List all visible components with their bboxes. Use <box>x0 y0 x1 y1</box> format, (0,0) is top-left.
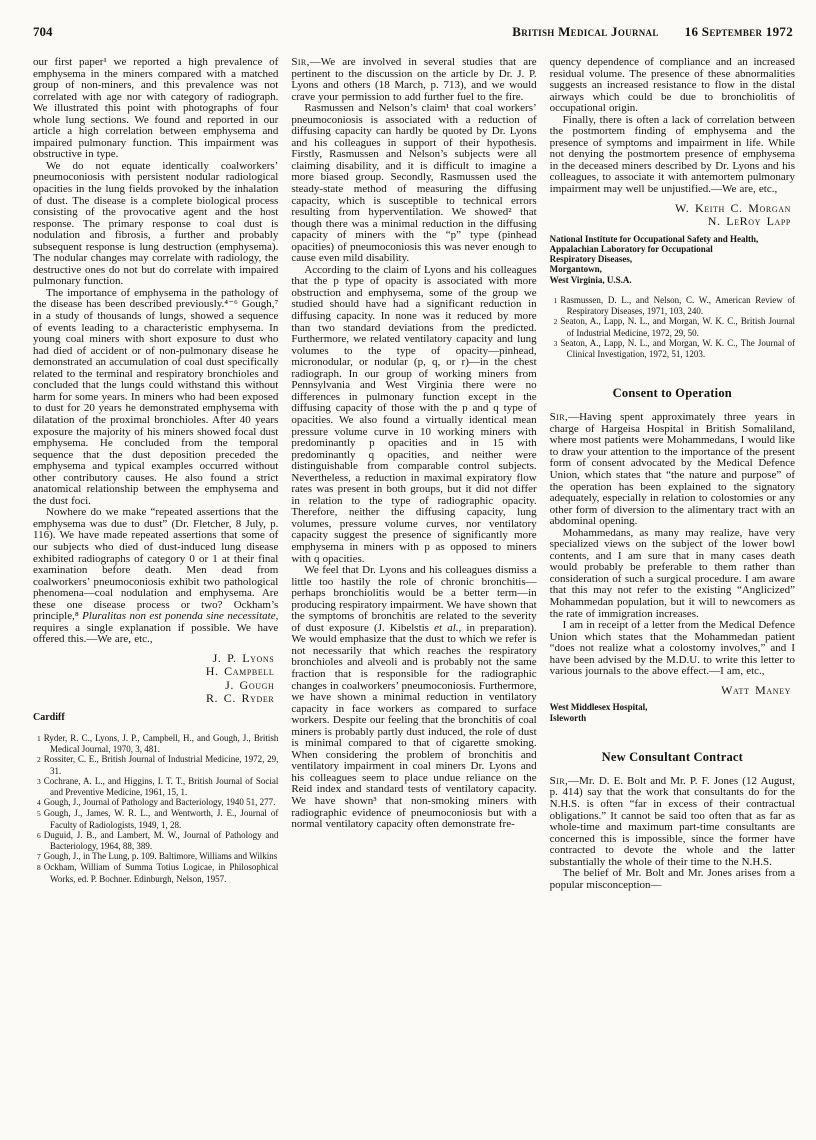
author-address: West Middlesex Hospital, Isleworth <box>550 702 795 723</box>
reference-number: 2 <box>554 317 558 326</box>
page-header: 704 British Medical Journal 16 September… <box>0 0 816 40</box>
salutation: Sir, <box>291 56 309 68</box>
column-2: Sir,—We are involved in several studies … <box>291 57 536 891</box>
reference-item: 5Gough, J., James, W. R. L., and Wentwor… <box>37 808 278 829</box>
author-address: National Institute for Occupational Safe… <box>550 234 795 285</box>
reference-text: Gough, J., Journal of Pathology and Bact… <box>44 797 276 807</box>
reference-text: Rasmussen, D. L., and Nelson, C. W., Ame… <box>560 295 795 316</box>
column-1: our first paper¹ we reported a high prev… <box>33 57 278 891</box>
reference-text: Seaton, A., Lapp, N. L., and Morgan, W. … <box>560 338 795 359</box>
address-line: Morgantown, <box>550 264 795 274</box>
reference-item: 4Gough, J., Journal of Pathology and Bac… <box>37 797 278 808</box>
reference-number: 8 <box>37 863 41 872</box>
reference-list: 1Ryder, R. C., Lyons, J. P., Campbell, H… <box>33 733 278 884</box>
latin-phrase: Pluralitas non est ponenda sine necessit… <box>82 610 278 622</box>
paragraph: Mohammedans, as many may realize, have v… <box>550 528 795 620</box>
reference-number: 6 <box>37 831 41 840</box>
issue-date: 16 September 1972 <box>685 24 793 40</box>
paragraph: I am in receipt of a letter from the Med… <box>550 620 795 678</box>
paragraph: Finally, there is often a lack of correl… <box>550 115 795 196</box>
paragraph: our first paper¹ we reported a high prev… <box>33 57 278 161</box>
reference-item: 7Gough, J., in The Lung, p. 109. Baltimo… <box>37 851 278 862</box>
reference-item: 6Duguid, J. B., and Lambert, M. W., Jour… <box>37 830 278 851</box>
journal-page: 704 British Medical Journal 16 September… <box>0 0 816 1140</box>
letter-heading-consent-to-operation: Consent to Operation <box>550 386 795 401</box>
signature: Watt Maney <box>550 684 791 698</box>
signature-block: J. P. Lyons H. Campbell J. Gough R. C. R… <box>33 652 274 706</box>
address-line: Respiratory Diseases, <box>550 254 795 264</box>
paragraph: Sir,—We are involved in several studies … <box>291 57 536 103</box>
journal-title: British Medical Journal <box>512 24 658 40</box>
address-line: National Institute for Occupational Safe… <box>550 234 795 244</box>
signature: J. Gough <box>33 679 274 693</box>
reference-item: 3Seaton, A., Lapp, N. L., and Morgan, W.… <box>554 338 795 359</box>
address-line: West Virginia, U.S.A. <box>550 275 795 285</box>
paragraph-text: Nowhere do we make “repeated assertions … <box>33 506 278 622</box>
signature: N. LeRoy Lapp <box>550 215 791 229</box>
reference-text: Seaton, A., Lapp, N. L., and Morgan, W. … <box>560 316 795 337</box>
paragraph: Nowhere do we make “repeated assertions … <box>33 507 278 646</box>
reference-item: 3Cochrane, A. L., and Higgins, I. T. T.,… <box>37 776 278 797</box>
letters-columns: our first paper¹ we reported a high prev… <box>0 40 816 891</box>
reference-number: 3 <box>554 339 558 348</box>
signature: R. C. Ryder <box>33 692 274 706</box>
reference-list: 1Rasmussen, D. L., and Nelson, C. W., Am… <box>550 295 795 359</box>
reference-number: 7 <box>37 852 41 861</box>
paragraph: quency dependence of compliance and an i… <box>550 57 795 115</box>
paragraph: According to the claim of Lyons and his … <box>291 265 536 565</box>
reference-number: 3 <box>37 777 41 786</box>
paragraph-text: —Having spent approximately three years … <box>550 411 795 527</box>
page-number: 704 <box>33 24 53 40</box>
letter-heading-new-consultant-contract: New Consultant Contract <box>550 750 795 765</box>
signature-block: Watt Maney <box>550 684 791 698</box>
address-line: Isleworth <box>550 713 795 723</box>
reference-text: Duguid, J. B., and Lambert, M. W., Journ… <box>44 830 279 851</box>
reference-item: 1Ryder, R. C., Lyons, J. P., Campbell, H… <box>37 733 278 754</box>
paragraph-text: —We are involved in several studies that… <box>291 56 536 103</box>
paragraph-text: —Mr. D. E. Bolt and Mr. P. F. Jones (12 … <box>550 775 795 868</box>
signature: W. Keith C. Morgan <box>550 202 791 216</box>
column-3: quency dependence of compliance and an i… <box>550 57 795 891</box>
reference-text: Rossiter, C. E., British Journal of Indu… <box>44 754 279 775</box>
reference-item: 8Ockham, William of Summa Totius Logicae… <box>37 862 278 883</box>
paragraph-text: requires a single explanation if possibl… <box>33 622 278 646</box>
reference-number: 5 <box>37 809 41 818</box>
paragraph: Rasmussen and Nelson’s claim¹ that coal … <box>291 103 536 265</box>
signature-block: W. Keith C. Morgan N. LeRoy Lapp <box>550 202 791 229</box>
reference-item: 2Seaton, A., Lapp, N. L., and Morgan, W.… <box>554 316 795 337</box>
reference-number: 4 <box>37 798 41 807</box>
paragraph: We do not equate identically coalworkers… <box>33 161 278 288</box>
signature: J. P. Lyons <box>33 652 274 666</box>
reference-text: Gough, J., James, W. R. L., and Wentwort… <box>44 808 279 829</box>
reference-number: 1 <box>37 734 41 743</box>
paragraph: Sir,—Having spent approximately three ye… <box>550 412 795 527</box>
author-address: Cardiff <box>33 712 278 723</box>
reference-text: Ryder, R. C., Lyons, J. P., Campbell, H.… <box>44 733 279 754</box>
address-line: Appalachian Laboratory for Occupational <box>550 244 795 254</box>
reference-item: 2Rossiter, C. E., British Journal of Ind… <box>37 754 278 775</box>
paragraph: The belief of Mr. Bolt and Mr. Jones ari… <box>550 868 795 891</box>
salutation: Sir, <box>550 411 568 423</box>
reference-text: Cochrane, A. L., and Higgins, I. T. T., … <box>44 776 279 797</box>
paragraph: The importance of emphysema in the patho… <box>33 288 278 507</box>
latin-phrase: et al. <box>434 622 458 634</box>
signature: H. Campbell <box>33 665 274 679</box>
paragraph: Sir,—Mr. D. E. Bolt and Mr. P. F. Jones … <box>550 776 795 868</box>
reference-item: 1Rasmussen, D. L., and Nelson, C. W., Am… <box>554 295 795 316</box>
address-line: West Middlesex Hospital, <box>550 702 795 712</box>
paragraph: We feel that Dr. Lyons and his colleague… <box>291 565 536 831</box>
paragraph-text: , in preparation). We would emphasize th… <box>291 622 536 830</box>
reference-text: Ockham, William of Summa Totius Logicae,… <box>44 862 279 883</box>
salutation: Sir, <box>550 775 568 787</box>
reference-number: 2 <box>37 755 41 764</box>
reference-number: 1 <box>554 296 558 305</box>
reference-text: Gough, J., in The Lung, p. 109. Baltimor… <box>44 851 278 861</box>
